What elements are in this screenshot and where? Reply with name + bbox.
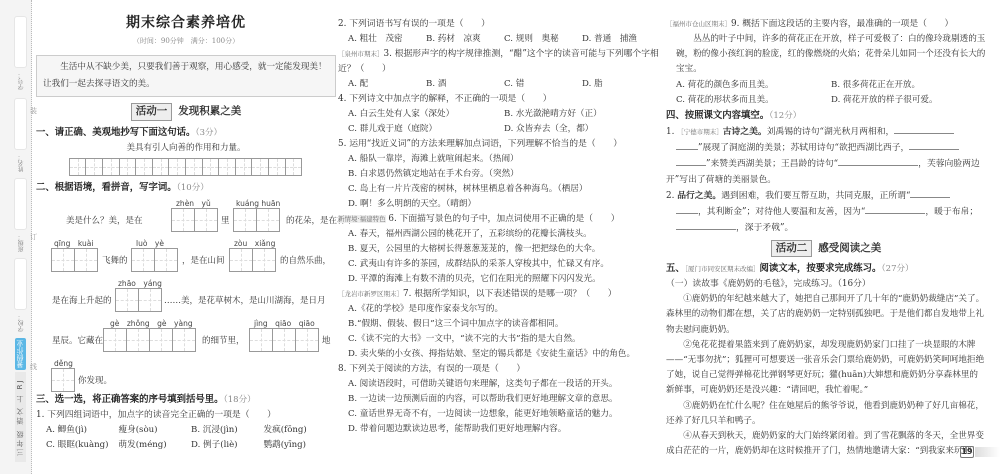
option-d: D. 平潭的海滩上有数不清的贝壳，它们在阳光的照耀下闪闪发光。 <box>338 272 660 287</box>
line-text: ，是在山间 <box>182 254 225 269</box>
time-score-info: （时间：90分钟 满分：100分） <box>36 34 336 49</box>
line-text: 你发现。 <box>78 374 112 389</box>
item-number: 1. <box>666 127 677 137</box>
line-text: 美是什么？美，是在 <box>66 214 143 229</box>
school-box[interactable] <box>14 258 27 310</box>
binding-margin: 学号： 姓名： 班级： 学校： 暑假作业 三年级 语文 上 RJ 装 订 线 <box>0 0 32 474</box>
option-a: A. 配 <box>348 77 426 92</box>
question-4-stem: 4. 下列诗文中加点字的解释，不正确的一项是（ ） <box>338 92 660 107</box>
copy-grid-cell[interactable] <box>185 158 203 176</box>
blank-4b[interactable] <box>676 204 698 214</box>
series-tag: 暑假作业 <box>15 338 26 370</box>
question-3-options: A. 配 B. 酒 C. 错 D. 脂 <box>338 77 660 92</box>
reading-paragraph-3: ③鹿奶奶在忙什么呢？住在她屋后的熊爷爷说，他看到鹿奶奶种了好几亩棉花，还养了好几… <box>666 399 986 429</box>
copy-grid-cell[interactable] <box>202 158 220 176</box>
option-a: A. 春天，福州西湖公园的桃花开了，五彩缤纷的花瓣长满枝头。 <box>338 227 660 242</box>
line-text: 是在海上升起的 <box>52 294 112 309</box>
option-b: B. 很多荷花正在开放。 <box>831 78 986 93</box>
line-text: ……美，是花草树木，是山川湖海，是日月 <box>164 294 326 309</box>
item-text: 刘禹锡的诗句“湖光秋月两相和， <box>767 127 895 137</box>
fill-in-2: 2. 品行之美。遇到困难，我们要互帮互助，共同克服，正所谓“ ，其利断金”；对待… <box>666 188 986 236</box>
section-5-number: 五、 <box>666 263 685 274</box>
new-context-tag: 新情境·福建特色 <box>338 215 386 223</box>
pinyin-line-1: 美是什么？美，是在 zhèn yǔ 里 kuáng huān 的花朵，是在林中 <box>36 196 336 236</box>
column-2: 2. 下列词语书写有误的一项是（ ） A. 粗壮 茂密 B. 药材 凉爽 C. … <box>338 0 660 474</box>
pinyin-line-4: 星辰。它藏在 gè zhǒng gè yàng 的细节里， jìng qiāo … <box>36 316 336 356</box>
copy-grid-cell[interactable] <box>268 158 286 176</box>
blank-1[interactable] <box>894 124 954 134</box>
option-c: C. 群儿戏于庭（庭院） <box>348 122 504 137</box>
section-1-points: （3分） <box>195 128 222 138</box>
answer-box-gezhonggeyang[interactable] <box>104 328 196 352</box>
activity-1-heading: 活动一发现积累之美 <box>36 103 336 120</box>
class-label: 班级： <box>17 234 26 252</box>
option-b: B. 药材 凉爽 <box>426 32 504 47</box>
section-2-title: 二、根据语境，看拼音，写字词。（10分） <box>36 180 336 196</box>
option-b1: B. 沉浸(jìn) <box>191 423 264 438</box>
section-5-text: 阅读文本，按要求完成练习。 <box>760 263 882 274</box>
option-d2: 鹦鹉(yīng) <box>264 438 337 453</box>
option-c: C. 童话世界无奇不有，一边阅读一边想象，能更好地领略童话的魅力。 <box>338 407 660 422</box>
section-3-title: 三、选一选，将正确答案的序号填到括号里。（18分） <box>36 392 336 408</box>
line-text: 里 <box>221 214 230 229</box>
option-a: A. 船队一靠岸，海滩上就喧闹起来。（热闹） <box>338 152 660 167</box>
option-a: A. 白云生处有人家（深处） <box>348 107 504 122</box>
section-4-text: 四、按照课文内容填空。 <box>666 110 769 121</box>
blank-6[interactable] <box>676 220 736 230</box>
item-text: ”来赞美西湖美景；王昌龄的诗句“ <box>706 159 838 169</box>
line-text: 星辰。它藏在 <box>52 334 103 349</box>
copy-grid-cell[interactable] <box>285 158 303 176</box>
option-a: A. 阅读语段时，可借助关键语句来理解，这类句子都在一段话的开头。 <box>338 377 660 392</box>
question-9-stem: ［福州市仓山区期末］9. 概括下面这段话的主要内容，最准确的一项是（ ） <box>666 17 986 32</box>
option-b: B.“假期、假装、假日”这三个词中加点字的读音都相同。 <box>338 317 660 332</box>
option-b: B. 一边读一边预测后面的内容，可以帮助我们更好地理解文章的意思。 <box>338 392 660 407</box>
item-label: 古诗之美。 <box>723 127 767 137</box>
column-1: 期末综合素养培优 （时间：90分钟 满分：100分） 生活中从不缺少美，只要我们… <box>36 0 336 474</box>
option-c: C.《读不完的大书》一文中，“读不完的大书”指的是大自然。 <box>338 332 660 347</box>
option-d: D. 荷花开放的样子很可爱。 <box>831 93 986 108</box>
option-a: A. 粗壮 茂密 <box>348 32 426 47</box>
question-6-stem: 新情境·福建特色 6. 下面描写景色的句子中，加点词使用不正确的是（ ） <box>338 212 660 227</box>
question-1-options: A. 鲫鱼(jì) 瘦身(sòu) B. 沉浸(jìn) 发疯(fōng) C.… <box>36 423 336 453</box>
pinyin-line-5: děng 你发现。 <box>36 356 336 392</box>
question-text: 3. 根据形声字的构字规律推测，“醋”这个字的读音可能与下列哪个字相近？（ ） <box>338 49 659 74</box>
item-text: ，深于矛戟”。 <box>736 223 793 233</box>
copy-grid-cell[interactable] <box>218 158 236 176</box>
section-1-text: 一、请正确、美观地抄写下面这句话。 <box>36 127 195 138</box>
answer-box-deng[interactable] <box>52 368 75 392</box>
blank-1b[interactable] <box>676 140 698 150</box>
answer-box-zhaoyang[interactable] <box>116 288 162 312</box>
copy-grid-cell[interactable] <box>135 158 153 176</box>
pinyin-line-2: qīng kuài 飞舞的 luò yè ，是在山间 zòu xiǎng 的自然… <box>36 236 336 276</box>
question-2-options: A. 粗壮 茂密 B. 药材 凉爽 C. 规则 奥秘 D. 普通 捕渔 <box>338 32 660 47</box>
question-8-stem: 8. 下列关于阅读的方法，有误的一项是（ ） <box>338 362 660 377</box>
question-7-stem: ［龙岩市新罗区期末］7. 根据所学知识，以下表述错误的是哪一项？（ ） <box>338 287 660 302</box>
question-9-options: A. 荷花的颜色多而且美。 B. 很多荷花正在开放。 C. 荷花的形状多而且美。… <box>666 78 986 108</box>
section-5-title: 五、［厦门市同安区期末改编］阅读文本，按要求完成练习。（27分） <box>666 261 986 277</box>
reading-paragraph-2: ②兔花花提着果篮来到了鹿奶奶家，却发现鹿奶奶家门口挂了一块显眼的木牌——“无事勿… <box>666 338 986 399</box>
school-label: 学校： <box>17 314 26 332</box>
option-d1: D. 例子(liè) <box>191 438 264 453</box>
option-d: D. 普通 捕渔 <box>582 32 660 47</box>
copy-grid-cell[interactable] <box>168 158 186 176</box>
option-b: B. 酒 <box>426 77 504 92</box>
section-1-title: 一、请正确、美观地抄写下面这句话。（3分） <box>36 125 336 141</box>
section-5-points: （27分） <box>881 264 913 274</box>
item-text: ，暖于布帛； <box>925 207 978 217</box>
copy-grid-cell[interactable] <box>235 158 253 176</box>
section-4-title: 四、按照课文内容填空。（12分） <box>666 108 986 124</box>
question-source-tag: ［厦门市同安区期末改编］ <box>685 265 760 273</box>
question-1-stem: 1. 下列四组词语中，加点字的读音完全正确的一项是（ ） <box>36 408 336 423</box>
answer-box-zouxiang[interactable] <box>230 248 276 272</box>
option-a2: 瘦身(sòu) <box>119 423 192 438</box>
option-d: D. 卖火柴的小女孩、拇指姑娘、坚定的锡兵都是《安徒生童话》中的角色。 <box>338 347 660 362</box>
question-source-tag: ［宁德市期末］ <box>677 128 723 136</box>
intro-text: 生活中从不缺少美，只要我们善于观察，用心感受，就一定能发现美！让我们一起去探寻语… <box>43 59 329 93</box>
option-b: B. 水光潋滟晴方好（正） <box>504 107 660 122</box>
line-text: 的自然乐曲， <box>280 254 331 269</box>
page-title: 期末综合素养培优 <box>36 16 336 31</box>
pinyin-line-3: 是在海上升起的 zhāo yáng ……美，是花草树木，是山川湖海，是日月 <box>36 276 336 316</box>
answer-box-qingkuai[interactable] <box>52 248 98 272</box>
question-text: 6. 下面描写景色的句子中，加点词使用不正确的是（ ） <box>388 214 619 224</box>
question-4-options: A. 白云生处有人家（深处） B. 水光潋滟晴方好（正） C. 群儿戏于庭（庭院… <box>338 107 660 137</box>
fill-in-1: 1. ［宁德市期末］古诗之美。刘禹锡的诗句“湖光秋月两相和， ”展现了洞庭湖的美… <box>666 124 986 188</box>
student-id-label: 学号： <box>17 72 26 90</box>
copy-grid-cell[interactable] <box>102 158 120 176</box>
line-text: 飞舞的 <box>102 254 128 269</box>
activity-2-heading: 活动二感受阅读之美 <box>666 240 986 257</box>
name-label: 姓名： <box>17 154 26 172</box>
page-number: 19 <box>960 446 974 458</box>
option-c: C. 武夷山有许多的茶园，成群结队的采茶人穿梭其中，忙碌又有序。 <box>338 257 660 272</box>
activity-1-badge: 活动一 <box>131 103 173 120</box>
answer-box-luoye[interactable] <box>132 248 178 272</box>
section-2-text: 二、根据语境，看拼音，写字词。 <box>36 182 177 193</box>
question-9-passage: 丛丛的叶子中间，许多的荷花正在开放，样子可爱极了：白的像玲珑剔透的玉碗，粉的像小… <box>666 32 986 78</box>
blank-4[interactable] <box>910 188 950 198</box>
activity-2-badge: 活动二 <box>771 240 813 257</box>
activity-2-title: 感受阅读之美 <box>818 242 881 254</box>
section-3-points: （18分） <box>224 395 256 405</box>
option-c: C. 规则 奥秘 <box>504 32 582 47</box>
activity-1-title: 发现积累之美 <box>178 105 241 117</box>
option-a1: A. 鲫鱼(jì) <box>46 423 119 438</box>
answer-box-kuanghuan[interactable] <box>234 208 280 232</box>
answer-box-zhenyu[interactable] <box>172 208 218 232</box>
option-b: B. 白求恩仍然镇定地站在手术台旁。（突然） <box>338 167 660 182</box>
line-text: 的细节里， <box>202 334 245 349</box>
blank-2b[interactable] <box>676 156 706 166</box>
question-3-stem: ［泉州市期末］3. 根据形声字的构字规律推测，“醋”这个字的读音可能与下列哪个字… <box>338 47 660 77</box>
option-d: D. 众皆弃去（全，都） <box>504 122 660 137</box>
column-3: ［福州市仓山区期末］9. 概括下面这段话的主要内容，最准确的一项是（ ） 丛丛的… <box>666 0 986 474</box>
item-text: 遇到困难，我们要互帮互助，共同克服，正所谓“ <box>721 191 910 201</box>
reading-sub-title: （一）读故事《鹿奶奶的毛毯》，完成练习。（16分） <box>666 277 986 292</box>
class-box[interactable] <box>14 178 27 230</box>
line-text: 地 <box>322 334 331 349</box>
blank-2[interactable] <box>909 140 959 150</box>
item-number: 2. <box>666 191 677 201</box>
answer-box-jingqiaoqiao[interactable] <box>250 328 319 352</box>
question-source-tag: ［福州市仓山区期末］ <box>666 20 731 28</box>
intro-box: 生活中从不缺少美，只要我们善于观察，用心感受，就一定能发现美！让我们一起去探寻语… <box>36 55 336 97</box>
copy-grid-cell[interactable] <box>119 158 137 176</box>
copy-grid-cell[interactable] <box>85 158 103 176</box>
copy-grid[interactable] <box>36 158 336 176</box>
grade-subject-tag: 三年级 语文 上 RJ <box>15 372 26 462</box>
question-text: 9. 概括下面这段话的主要内容，最准确的一项是（ ） <box>731 19 953 29</box>
item-text: ”展现了洞庭湖的美景；苏轼用诗句“欲把西湖比西子， <box>698 143 909 153</box>
option-d: D. 脂 <box>582 77 660 92</box>
option-c1: C. 眼眶(kuàng) <box>46 438 119 453</box>
option-d: D. 带着问题边默读边思考，能帮助我们更好地理解内容。 <box>338 422 660 437</box>
copy-grid-cell[interactable] <box>251 158 269 176</box>
option-b2: 发疯(fōng) <box>264 423 337 438</box>
reading-paragraph-4: ④从春天到秋天，鹿奶奶家的大门始终紧闭着。到了雪花飘落的冬天，全世界变成白茫茫的… <box>666 429 986 459</box>
question-source-tag: ［泉州市期末］ <box>338 50 384 58</box>
question-text: 7. 根据所学知识，以下表述错误的是哪一项？（ ） <box>403 289 617 299</box>
option-c: C. 荷花的形状多而且美。 <box>676 93 831 108</box>
copy-grid-cell[interactable] <box>69 158 87 176</box>
option-b: B. 夏天，公园里的大榕树长得葱葱茏茏的，像一把把绿色的大伞。 <box>338 242 660 257</box>
section-2-points: （10分） <box>177 183 209 193</box>
question-5-stem: 5. 运用“找近义词”的方法来理解加点词语，下列理解不恰当的是（ ） <box>338 137 660 152</box>
section-4-points: （12分） <box>769 111 801 121</box>
section-3-text: 三、选一选，将正确答案的序号填到括号里。 <box>36 394 224 405</box>
option-d: D. 啊！多么明朗的天空。（晴朗） <box>338 197 660 212</box>
question-2-stem: 2. 下列词语书写有误的一项是（ ） <box>338 17 660 32</box>
option-a: A. 荷花的颜色多而且美。 <box>676 78 831 93</box>
copy-grid-cell[interactable] <box>152 158 170 176</box>
option-c2: 萌发(méng) <box>119 438 192 453</box>
item-label: 品行之美。 <box>677 191 721 201</box>
question-source-tag: ［龙岩市新罗区期末］ <box>338 290 403 298</box>
student-id-box[interactable] <box>14 16 27 68</box>
reading-paragraph-1: ①鹿奶奶的年纪越来越大了，她把自己那间开了几十年的“鹿奶奶裁缝店”关了。森林里的… <box>666 292 986 338</box>
option-c: C. 岛上有一片片茂密的树林，树林里栖息着各种海鸟。（栖居） <box>338 182 660 197</box>
blank-5[interactable] <box>865 204 925 214</box>
name-box[interactable] <box>14 98 27 150</box>
option-a: A.《花的学校》是印度作家泰戈尔写的。 <box>338 302 660 317</box>
option-c: C. 错 <box>504 77 582 92</box>
copy-sentence: 美具有引人向善的作用和力量。 <box>36 141 336 156</box>
item-text: ，其利断金”；对待他人要温和友善，因为“ <box>698 207 865 217</box>
blank-3[interactable] <box>838 156 918 166</box>
page-number-bar <box>975 447 1000 457</box>
